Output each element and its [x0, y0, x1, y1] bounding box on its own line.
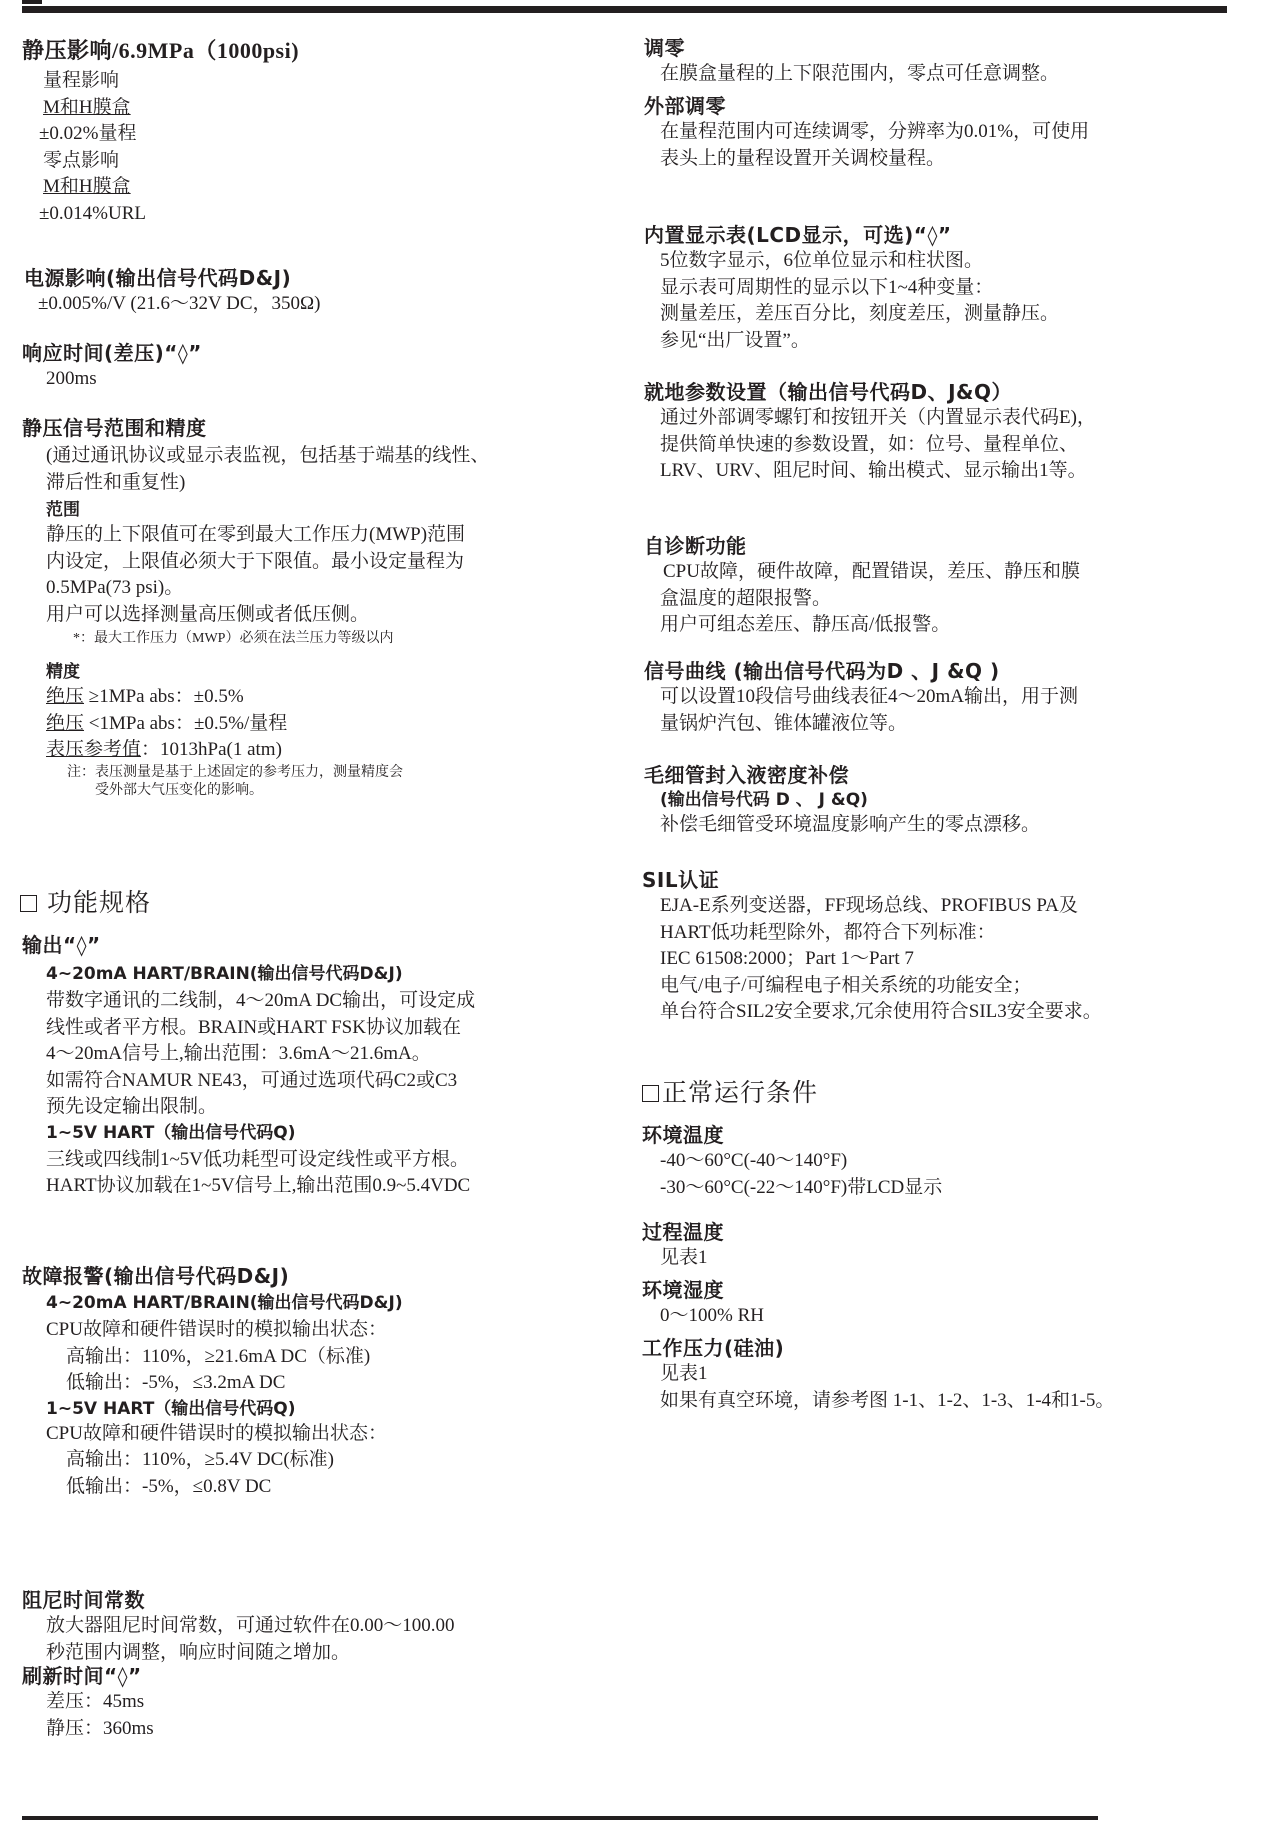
line: 内设定，上限值必须大于下限值。最小设定量程为 [46, 549, 489, 576]
line: 如需符合NAMUR NE43，可通过选项代码C2或C3 [46, 1068, 475, 1095]
section-heading: 静压信号范围和精度 [22, 415, 489, 441]
line: 用户可组态差压、静压高/低报警。 [660, 612, 1080, 639]
line: 线性或者平方根。BRAIN或HART FSK协议加载在 [46, 1015, 475, 1042]
line: 高输出：110%，≥21.6mA DC（标准) [66, 1344, 403, 1371]
checkbox-square-icon [642, 1085, 659, 1102]
line: 放大器阻尼时间常数，可通过软件在0.00～100.00 [46, 1613, 455, 1640]
line: 如果有真空环境，请参考图 1-1、1-2、1-3、1-4和1-5。 [660, 1388, 1114, 1415]
line: 差压：45ms [46, 1689, 154, 1716]
lcd-section: 内置显示表(LCD显示，可选)“◊” 5位数字显示，6位单位显示和柱状图。 显示… [644, 222, 1059, 354]
line: 显示表可周期性的显示以下1~4种变量： [660, 275, 1059, 302]
line: CPU故障和硬件错误时的模拟输出状态： [46, 1421, 403, 1448]
section-heading: 内置显示表(LCD显示，可选)“◊” [644, 222, 1059, 248]
section-heading: 刷新时间“◊” [22, 1663, 154, 1689]
page-corner-mark [22, 0, 42, 4]
section-heading: 外部调零 [644, 93, 1089, 119]
section-heading: 就地参数设置（输出信号代码D、J&Q） [644, 379, 1096, 405]
line: 测量差压，差压百分比，刻度差压，测量静压。 [660, 301, 1059, 328]
accuracy-line: 绝压 <1MPa abs：±0.5%/量程 [46, 711, 489, 738]
section-heading: 环境温度 [642, 1122, 942, 1148]
line: 提供简单快速的参数设置，如：位号、量程单位、 [660, 432, 1096, 459]
ambient-humidity-section: 环境湿度 0～100% RH [642, 1277, 764, 1330]
line: (输出信号代码 D 、 J &Q) [660, 788, 1040, 812]
line: 在膜盒量程的上下限范围内，零点可任意调整。 [660, 61, 1059, 88]
line: 在量程范围内可连续调零，分辨率为0.01%，可使用 [660, 119, 1089, 146]
line: 量锅炉汽包、锥体罐液位等。 [660, 711, 1078, 738]
note-line: 受外部大气压变化的影响。 [95, 782, 489, 800]
section-heading: 工作压力(硅油) [642, 1335, 1114, 1361]
line: -30～60°C(-22～140°F)带LCD显示 [660, 1175, 942, 1202]
line: 滞后性和重复性) [46, 470, 489, 497]
line: ±0.02%量程 [39, 121, 299, 148]
zero-adjust-section: 调零 在膜盒量程的上下限范围内，零点可任意调整。 [644, 35, 1059, 88]
section-heading: 调零 [644, 35, 1059, 61]
line: 表头上的量程设置开关调校量程。 [660, 146, 1089, 173]
sub-heading: 4~20mA HART/BRAIN(输出信号代码D&J) [46, 1291, 403, 1315]
section-heading: 故障报警(输出信号代码D&J) [22, 1263, 403, 1289]
process-temperature-section: 过程温度 见表1 [642, 1219, 724, 1272]
section-heading: 响应时间(差压)“◊” [22, 340, 202, 366]
line: 用户可以选择测量高压侧或者低压侧。 [46, 602, 489, 629]
section-heading: 自诊断功能 [644, 533, 1080, 559]
sil-section: SIL认证 EJA-E系列变送器，FF现场总线、PROFIBUS PA及 HAR… [642, 867, 1102, 1026]
line: 通过外部调零螺钉和按钮开关（内置显示表代码E)， [660, 405, 1096, 432]
response-time-section: 响应时间(差压)“◊” 200ms [22, 340, 202, 393]
static-pressure-effect-section: 静压影响/6.9MPa（1000psi) 量程影响 M和H膜盒 ±0.02%量程… [22, 38, 299, 227]
value: ±0.005%/V (21.6～32V DC，350Ω) [38, 291, 320, 318]
line: -40～60°C(-40～140°F) [660, 1148, 942, 1175]
line: 预先设定输出限制。 [46, 1094, 475, 1121]
section-heading: 阻尼时间常数 [22, 1587, 455, 1613]
header-rule [22, 6, 1227, 13]
line: 零点影响 [43, 148, 299, 175]
local-param-section: 就地参数设置（输出信号代码D、J&Q） 通过外部调零螺钉和按钮开关（内置显示表代… [644, 379, 1096, 485]
sub-heading: 4~20mA HART/BRAIN(输出信号代码D&J) [46, 962, 475, 986]
line: 参见“出厂设置”。 [660, 328, 1059, 355]
capillary-section: 毛细管封入液密度补偿 (输出信号代码 D 、 J &Q) 补偿毛细管受环境温度影… [644, 762, 1040, 839]
section-heading: 电源影响(输出信号代码D&J) [24, 265, 320, 291]
sub-heading-accuracy: 精度 [46, 660, 489, 684]
line: 0～100% RH [660, 1303, 764, 1330]
section-heading: 毛细管封入液密度补偿 [644, 762, 1040, 788]
line: 见表1 [660, 1245, 724, 1272]
line: HART协议加载在1~5V信号上,输出范围0.9~5.4VDC [46, 1173, 475, 1200]
line: 单台符合SIL2安全要求,冗余使用符合SIL3安全要求。 [660, 999, 1102, 1026]
line: M和H膜盒 [43, 95, 299, 122]
line: 盒温度的超限报警。 [660, 586, 1080, 613]
section-heading: 过程温度 [642, 1219, 724, 1245]
accuracy-line: 绝压 ≥1MPa abs：±0.5% [46, 684, 489, 711]
line: 量程影响 [43, 68, 299, 95]
value: 200ms [46, 366, 202, 393]
self-diagnosis-section: 自诊断功能 CPU故障，硬件故障，配置错误，差压、静压和膜 盒温度的超限报警。 … [644, 533, 1080, 639]
section-heading: 环境湿度 [642, 1277, 764, 1303]
signal-curve-section: 信号曲线 (输出信号代码为D 、J &Q ) 可以设置10段信号曲线表征4～20… [644, 658, 1078, 737]
footnote: *：最大工作压力（MWP）必须在法兰压力等级以内 [73, 630, 489, 648]
update-time-section: 刷新时间“◊” 差压：45ms 静压：360ms [22, 1663, 154, 1742]
accuracy-line: 表压参考值：1013hPa(1 atm) [46, 737, 489, 764]
sub-heading: 1~5V HART（输出信号代码Q) [46, 1121, 475, 1145]
line: ±0.014%URL [39, 201, 299, 228]
line: 高输出：110%，≥5.4V DC(标准) [66, 1447, 403, 1474]
line: 可以设置10段信号曲线表征4～20mA输出，用于测 [660, 684, 1078, 711]
line: 三线或四线制1~5V低功耗型可设定线性或平方根。 [46, 1147, 475, 1174]
damping-section: 阻尼时间常数 放大器阻尼时间常数，可通过软件在0.00～100.00 秒范围内调… [22, 1587, 455, 1666]
line: LRV、URV、阻尼时间、输出模式、显示输出1等。 [660, 458, 1096, 485]
line: 0.5MPa(73 psi)。 [46, 575, 489, 602]
line: M和H膜盒 [43, 174, 299, 201]
line: 静压的上下限值可在零到最大工作压力(MWP)范围 [46, 522, 489, 549]
functional-spec-heading: 功能规格 [20, 888, 151, 918]
line: 低输出：-5%，≤0.8V DC [66, 1474, 403, 1501]
external-zero-section: 外部调零 在量程范围内可连续调零，分辨率为0.01%，可使用 表头上的量程设置开… [644, 93, 1089, 172]
line: (通过通讯协议或显示表监视，包括基于端基的线性、 [46, 443, 489, 470]
line: HART低功耗型除外，都符合下列标准： [660, 920, 1102, 947]
working-pressure-section: 工作压力(硅油) 见表1 如果有真空环境，请参考图 1-1、1-2、1-3、1-… [642, 1335, 1114, 1414]
line: EJA-E系列变送器，FF现场总线、PROFIBUS PA及 [660, 893, 1102, 920]
static-signal-section: 静压信号范围和精度 (通过通讯协议或显示表监视，包括基于端基的线性、 滞后性和重… [22, 415, 489, 800]
line: CPU故障和硬件错误时的模拟输出状态： [46, 1317, 403, 1344]
line: 静压：360ms [46, 1716, 154, 1743]
note-line: 注：表压测量是基于上述固定的参考压力，测量精度会 [67, 764, 489, 782]
checkbox-square-icon [20, 895, 37, 912]
line: 低输出：-5%，≤3.2mA DC [66, 1370, 403, 1397]
power-supply-effect-section: 电源影响(输出信号代码D&J) ±0.005%/V (21.6～32V DC，3… [24, 265, 320, 318]
section-heading: 信号曲线 (输出信号代码为D 、J &Q ) [644, 658, 1078, 684]
section-heading: 输出“◊” [22, 932, 475, 958]
sub-heading-range: 范围 [46, 498, 489, 522]
line: 见表1 [660, 1361, 1114, 1388]
ambient-temperature-section: 环境温度 -40～60°C(-40～140°F) -30～60°C(-22～14… [642, 1122, 942, 1201]
line: 4～20mA信号上,输出范围：3.6mA～21.6mA。 [46, 1041, 475, 1068]
line: 5位数字显示，6位单位显示和柱状图。 [660, 248, 1059, 275]
section-heading: 静压影响/6.9MPa（1000psi) [22, 38, 299, 64]
normal-operating-heading: 正常运行条件 [642, 1078, 818, 1108]
sub-heading: 1~5V HART（输出信号代码Q) [46, 1397, 403, 1421]
footer-rule [22, 1816, 1098, 1820]
line: 补偿毛细管受环境温度影响产生的零点漂移。 [660, 812, 1040, 839]
line: 电气/电子/可编程电子相关系统的功能安全； [660, 973, 1102, 1000]
failure-alarm-section: 故障报警(输出信号代码D&J) 4~20mA HART/BRAIN(输出信号代码… [22, 1263, 403, 1500]
section-heading: SIL认证 [642, 867, 1102, 893]
line: IEC 61508:2000；Part 1～Part 7 [660, 946, 1102, 973]
output-section: 输出“◊” 4~20mA HART/BRAIN(输出信号代码D&J) 带数字通讯… [22, 932, 475, 1200]
line: 带数字通讯的二线制，4～20mA DC输出，可设定成 [46, 988, 475, 1015]
line: CPU故障，硬件故障，配置错误，差压、静压和膜 [663, 559, 1080, 586]
